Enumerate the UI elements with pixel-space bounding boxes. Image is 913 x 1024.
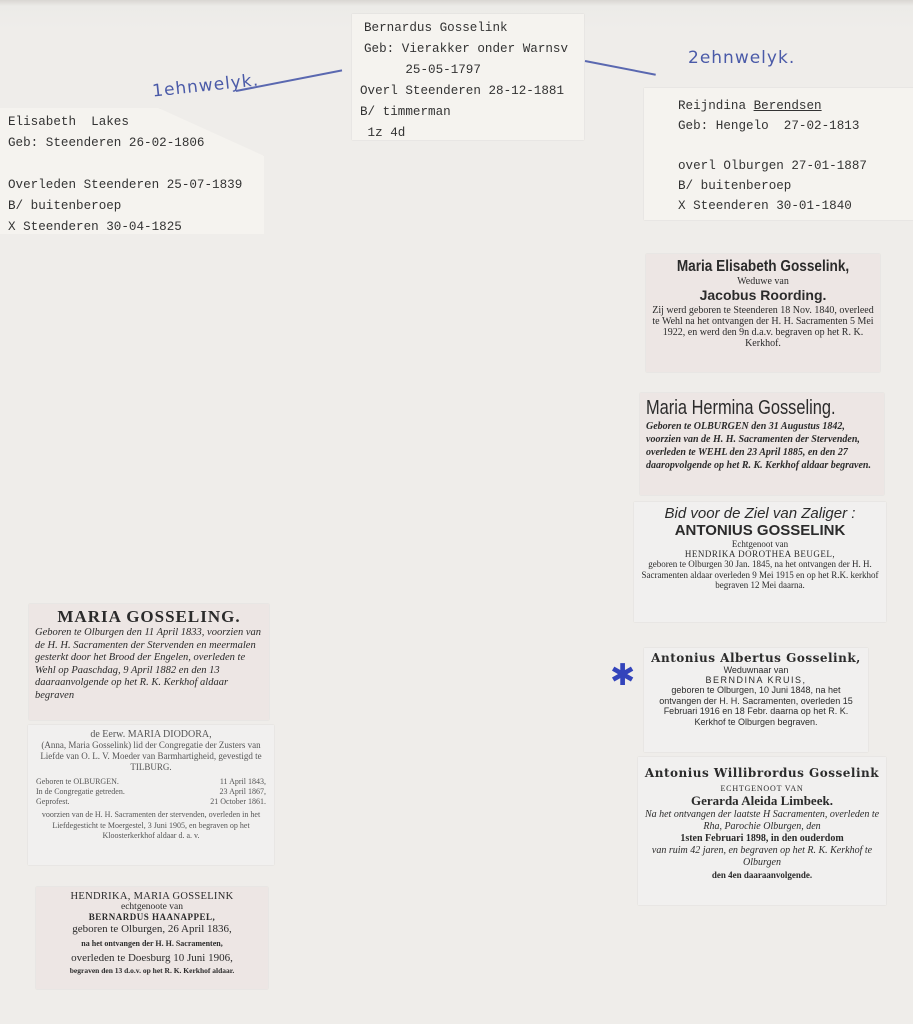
card-elisabeth-lakes: Elisabeth Lakes Geb: Steenderen 26-02-18…: [0, 108, 264, 234]
clipping-body: 1sten Februari 1898, in den ouderdom: [644, 833, 880, 845]
handwritten-first-marriage: 1ehnwelyk.: [151, 70, 260, 101]
connector-line-right: [585, 60, 656, 76]
clipping-name: Antonius Albertus Gosselink,: [650, 651, 862, 665]
clipping-antonius-gosselink: Bid voor de Ziel van Zaliger : ANTONIUS …: [634, 502, 886, 622]
card-line: Bernardus Gosselink: [360, 18, 576, 39]
card-line: X Steenderen 30-04-1825: [8, 217, 256, 238]
card-bernardus-gosselink: Bernardus Gosselink Geb: Vierakker onder…: [352, 14, 584, 140]
clipping-spouse: Jacobus Roording.: [652, 287, 874, 303]
clipping-spouse: Gerarda Aleida Limbeek.: [644, 793, 880, 809]
card-line: Geb: Vierakker onder Warnsv: [360, 39, 576, 60]
last-name: Berendsen: [754, 99, 822, 113]
handwritten-second-marriage: 2ehnwelyk.: [688, 48, 795, 68]
date-label: Geboren te OLBURGEN.: [36, 777, 119, 787]
clipping-body: Geboren te OLBURGEN den 31 Augustus 1842…: [646, 420, 878, 472]
card-line: X Steenderen 30-01-1840: [678, 196, 913, 216]
clipping-relation: Weduwe van: [652, 276, 874, 287]
first-name: Reijndina: [678, 99, 754, 113]
clipping-spouse: BERNDINA KRUIS,: [650, 675, 862, 685]
clipping-relation: Weduwnaar van: [650, 665, 862, 675]
clipping-body: geboren te Olburgen 30 Jan. 1845, na het…: [640, 559, 880, 591]
card-line: Geb: Hengelo 27-02-1813: [678, 116, 913, 136]
clipping-hendrika-maria-gosselink: HENDRIKA, MARIA GOSSELINK echtgenoote va…: [36, 887, 268, 989]
clipping-spouse: HENDRIKA DOROTHEA BEUGEL,: [640, 549, 880, 559]
clipping-maria-gosseling: MARIA GOSSELING. Geboren te Olburgen den…: [29, 604, 269, 720]
clipping-body: Geboren te Olburgen den 11 April 1833, v…: [35, 627, 263, 702]
clipping-header: Bid voor de Ziel van Zaliger :: [640, 505, 880, 522]
clipping-dates-table: Geboren te OLBURGEN.11 April 1843, In de…: [36, 777, 266, 807]
clipping-body: den 4en daaraanvolgende.: [644, 869, 880, 881]
card-line: B/ timmerman: [360, 102, 576, 123]
card-line: [678, 136, 913, 156]
card-line: [8, 154, 256, 175]
date-value: 21 October 1861.: [210, 797, 266, 807]
date-row: In de Congregatie getreden.23 April 1867…: [36, 787, 266, 797]
clipping-body: voorzien van de H. H. Sacramenten der st…: [36, 810, 266, 842]
card-line: 1z 4d: [360, 123, 576, 144]
clipping-relation: ECHTGENOOT VAN: [644, 784, 880, 793]
card-line: Overl Steenderen 28-12-1881: [360, 81, 576, 102]
clipping-body: van ruim 42 jaren, en begraven op het R.…: [644, 845, 880, 869]
clipping-antonius-albertus-gosselink: Antonius Albertus Gosselink, Weduwnaar v…: [644, 648, 868, 752]
card-line: Geb: Steenderen 26-02-1806: [8, 133, 256, 154]
card-line: Elisabeth Lakes: [8, 112, 256, 133]
date-row: Geboren te OLBURGEN.11 April 1843,: [36, 777, 266, 787]
clipping-line: overleden te Doesburg 10 Juni 1906,: [40, 951, 264, 965]
clipping-maria-diodora: de Eerw. MARIA DIODORA, (Anna, Maria Gos…: [28, 725, 274, 865]
date-label: Geprofest.: [36, 797, 70, 807]
clipping-antonius-willibrordus-gosselink: Antonius Willibrordus Gosselink ECHTGENO…: [638, 757, 886, 905]
clipping-body: geboren te Olburgen, 10 Juni 1848, na he…: [650, 685, 862, 727]
clipping-name: Maria Elisabeth Gosselink,: [669, 258, 858, 276]
card-line: overl Olburgen 27-01-1887: [678, 156, 913, 176]
clipping-body: Na het ontvangen der laatste H Sacrament…: [644, 809, 880, 833]
clipping-name: Antonius Willibrordus Gosselink: [644, 766, 880, 780]
date-row: Geprofest.21 October 1861.: [36, 797, 266, 807]
date-label: In de Congregatie getreden.: [36, 787, 125, 797]
card-reijndina-berendsen: Reijndina Berendsen Geb: Hengelo 27-02-1…: [644, 88, 913, 220]
date-value: 11 April 1843,: [220, 777, 266, 787]
card-line: B/ buitenberoep: [678, 176, 913, 196]
clipping-line: geboren te Olburgen, 26 April 1836,: [40, 922, 264, 937]
clipping-name: MARIA GOSSELING.: [35, 607, 263, 627]
asterisk-mark: ✱: [610, 658, 635, 693]
card-line: Overleden Steenderen 25-07-1839: [8, 175, 256, 196]
clipping-name: ANTONIUS GOSSELINK: [640, 522, 880, 539]
clipping-name: Maria Hermina Gosseling.: [646, 397, 836, 420]
clipping-relation: echtgenoote van: [40, 902, 264, 912]
clipping-line: begraven den 13 d.o.v. op het R. K. Kerk…: [40, 965, 264, 976]
clipping-intro: (Anna, Maria Gosselink) lid der Congrega…: [36, 740, 266, 773]
clipping-maria-elisabeth-gosselink: Maria Elisabeth Gosselink, Weduwe van Ja…: [646, 254, 880, 372]
clipping-body: Zij werd geboren te Steenderen 18 Nov. 1…: [652, 305, 874, 349]
card-line: B/ buitenberoep: [8, 196, 256, 217]
clipping-name: HENDRIKA, MARIA GOSSELINK: [40, 891, 264, 902]
clipping-relation: Echtgenoot van: [640, 539, 880, 549]
clipping-title: de Eerw. MARIA DIODORA,: [36, 729, 266, 740]
clipping-line: na het ontvangen der H. H. Sacramenten,: [40, 937, 264, 951]
date-value: 23 April 1867,: [220, 787, 266, 797]
clipping-maria-hermina-gosseling: Maria Hermina Gosseling. Geboren te OLBU…: [640, 393, 884, 495]
card-line: 25-05-1797: [360, 60, 576, 81]
clipping-spouse: BERNARDUS HAANAPPEL,: [40, 912, 264, 922]
